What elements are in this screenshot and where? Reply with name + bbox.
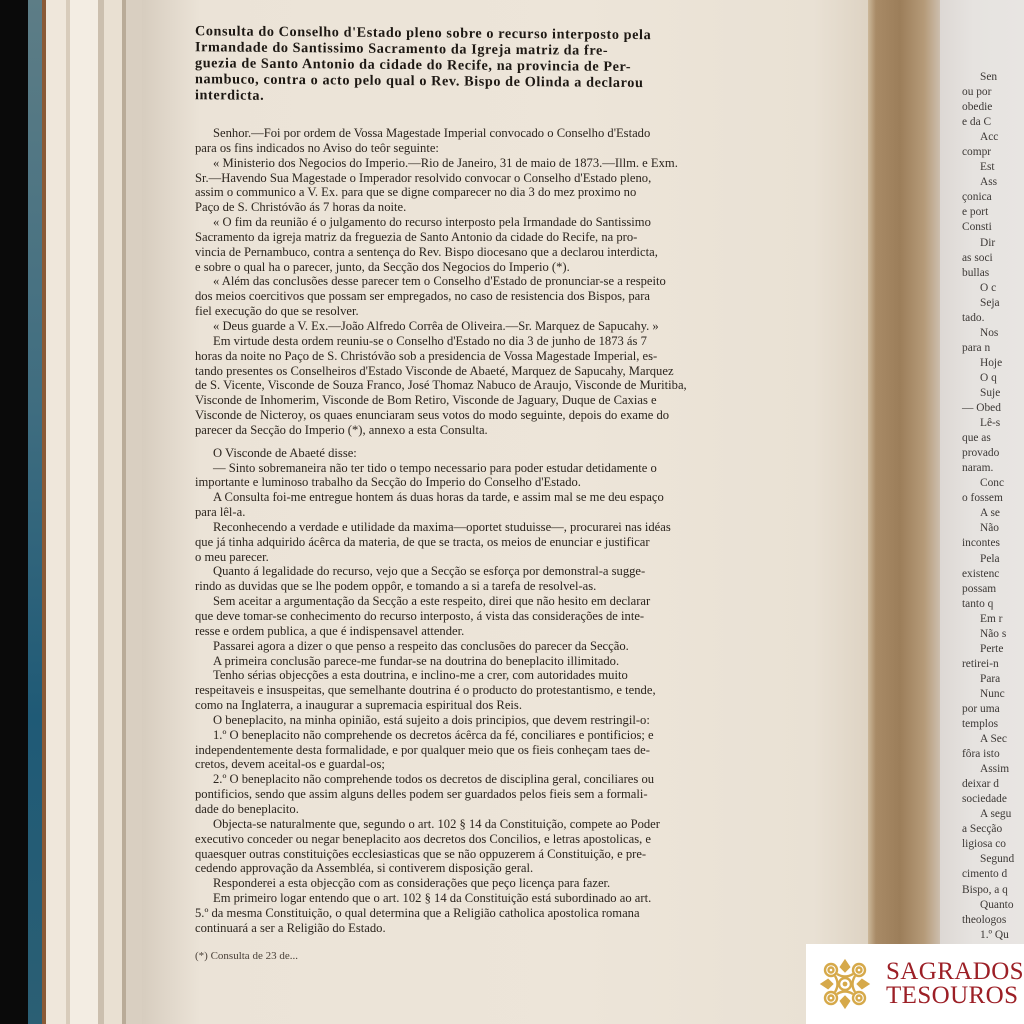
text-line: fiel execução do que se resolver. — [195, 304, 835, 319]
facing-page-line: o fossem — [962, 491, 1024, 506]
text-line: Passarei agora a dizer o que penso a res… — [195, 639, 835, 654]
text-line: que deve tomar-se conhecimento do recurs… — [195, 609, 835, 624]
facing-page-line: Seja — [962, 296, 1024, 311]
facing-page-line: Hoje — [962, 356, 1024, 371]
facing-page-line: existenc — [962, 567, 1024, 582]
text-line: parecer da Secção do Imperio (*), annexo… — [195, 423, 835, 438]
facing-page-line: Acc — [962, 130, 1024, 145]
facing-page-line: Conc — [962, 476, 1024, 491]
facing-page-line: Não s — [962, 627, 1024, 642]
text-line: « O fim da reunião é o julgamento do rec… — [195, 215, 835, 230]
text-line: Em primeiro logar entendo que o art. 102… — [195, 891, 835, 906]
text-line: continuará a ser a Religião do Estado. — [195, 921, 835, 936]
facing-page-line: Nunc — [962, 687, 1024, 702]
footnote: (*) Consulta de 23 de... — [195, 950, 835, 962]
text-line: de S. Vicente, Visconde de Souza Franco,… — [195, 378, 835, 393]
text-line: 5.º da mesma Constituição, o qual determ… — [195, 906, 835, 921]
facing-page-line: possam — [962, 582, 1024, 597]
text-line: cretos, devem aceital-os e guardal-os; — [195, 757, 835, 772]
facing-page-line: O q — [962, 371, 1024, 386]
brand-line-2: TESOUROS — [886, 984, 1024, 1008]
facing-page-line: A se — [962, 506, 1024, 521]
watermark-logo: SAGRADOS TESOUROS — [806, 944, 1024, 1024]
text-line: Em virtude desta ordem reuniu-se o Conse… — [195, 334, 835, 349]
text-line: e sobre o qual ha o parecer, junto, da S… — [195, 260, 835, 275]
facing-page-line: Suje — [962, 386, 1024, 401]
text-line: Sem aceitar a argumentação da Secção a e… — [195, 594, 835, 609]
text-line: como na Inglaterra, a inaugurar a suprem… — [195, 698, 835, 713]
facing-page-line: Consti — [962, 220, 1024, 235]
text-line: pontificios, sendo que assim alguns dell… — [195, 787, 835, 802]
text-line: A Consulta foi-me entregue hontem ás dua… — [195, 490, 835, 505]
text-line: A primeira conclusão parece-me fundar-se… — [195, 654, 835, 669]
text-line: Responderei a esta objecção com as consi… — [195, 876, 835, 891]
text-line: rindo as duvidas que se lhe podem oppôr,… — [195, 579, 835, 594]
text-line: vincia de Pernambuco, contra a sentença … — [195, 245, 835, 260]
facing-page-line: incontes — [962, 536, 1024, 551]
facing-page-line: — Obed — [962, 401, 1024, 416]
facing-page-line: Est — [962, 160, 1024, 175]
facing-page-text: Senou porobediee da CAcccomprEstAssçonic… — [962, 70, 1024, 943]
facing-page-line: Assim — [962, 762, 1024, 777]
document-heading: Consulta do Conselho d'Estado pleno sobr… — [195, 23, 835, 109]
text-line: dade do beneplacito. — [195, 802, 835, 817]
text-line: Sr.—Havendo Sua Magestade o Imperador re… — [195, 171, 835, 186]
text-line: Quanto á legalidade do recurso, vejo que… — [195, 564, 835, 579]
facing-page-line: fôra isto — [962, 747, 1024, 762]
brand-name: SAGRADOS TESOUROS — [886, 960, 1024, 1008]
facing-page-line: theologos — [962, 913, 1024, 928]
facing-page-line: que as — [962, 431, 1024, 446]
brand-line-1: SAGRADOS — [886, 960, 1024, 984]
document-text-column: Consulta do Conselho d'Estado pleno sobr… — [195, 26, 835, 962]
text-line: que já tinha adquirido ácêrca da materia… — [195, 535, 835, 550]
facing-page-line: Sen — [962, 70, 1024, 85]
facing-page-line: Bispo, a q — [962, 883, 1024, 898]
facing-page-line: Em r — [962, 612, 1024, 627]
text-line: Sacramento da igreja matriz da freguezia… — [195, 230, 835, 245]
text-line: Tenho sérias objecções a esta doutrina, … — [195, 668, 835, 683]
facing-page-line: ou por — [962, 85, 1024, 100]
facing-page-line: templos — [962, 717, 1024, 732]
facing-page-line: çonica — [962, 190, 1024, 205]
facing-page-line: Lê-s — [962, 416, 1024, 431]
text-line: Visconde de Inhomerim, Visconde de Bom R… — [195, 393, 835, 408]
text-line: « Ministerio dos Negocios do Imperio.—Ri… — [195, 156, 835, 171]
facing-page-line: O c — [962, 281, 1024, 296]
facing-page-line: e da C — [962, 115, 1024, 130]
facing-page-line: provado — [962, 446, 1024, 461]
text-line: executivo conceder ou negar beneplacito … — [195, 832, 835, 847]
facing-page-line: compr — [962, 145, 1024, 160]
facing-page-line: 1.º Qu — [962, 928, 1024, 943]
text-line: Senhor.—Foi por ordem de Vossa Magestade… — [195, 126, 835, 141]
book-gutter — [868, 0, 948, 1024]
facing-page-line: Ass — [962, 175, 1024, 190]
text-line: « Além das conclusões desse parecer tem … — [195, 274, 835, 289]
facing-page-line: a Secção — [962, 822, 1024, 837]
facing-page-line: Quanto — [962, 898, 1024, 913]
text-line: para lêl-a. — [195, 505, 835, 520]
facing-page-line: Perte — [962, 642, 1024, 657]
facing-page-line: por uma — [962, 702, 1024, 717]
facing-page-line: deixar d — [962, 777, 1024, 792]
facing-page-line: bullas — [962, 266, 1024, 281]
text-line: o meu parecer. — [195, 550, 835, 565]
text-line: horas da noite no Paço de S. Christóvão … — [195, 349, 835, 364]
facing-page-line: Segund — [962, 852, 1024, 867]
facing-page-line: Dir — [962, 236, 1024, 251]
facing-page-line: A segu — [962, 807, 1024, 822]
paragraph-gap — [195, 438, 835, 446]
text-line: importante e luminoso trabalho da Secção… — [195, 475, 835, 490]
facing-page-line: tado. — [962, 311, 1024, 326]
text-line: para os fins indicados no Aviso do teôr … — [195, 141, 835, 156]
facing-page-line: Nos — [962, 326, 1024, 341]
text-line: O beneplacito, na minha opinião, está su… — [195, 713, 835, 728]
text-line: Reconhecendo a verdade e utilidade da ma… — [195, 520, 835, 535]
facing-page-line: Pela — [962, 552, 1024, 567]
text-line: quaesquer outras constituições ecclesias… — [195, 847, 835, 862]
facing-page-line: naram. — [962, 461, 1024, 476]
text-line: « Deus guarde a V. Ex.—João Alfredo Corr… — [195, 319, 835, 334]
text-line: Paço de S. Christóvão ás 7 horas da noit… — [195, 200, 835, 215]
text-line: resse e ordem publica, a que é indispens… — [195, 624, 835, 639]
text-line: respeitaveis e insuspeitas, que semelhan… — [195, 683, 835, 698]
text-line: Objecta-se naturalmente que, segundo o a… — [195, 817, 835, 832]
facing-page-line: para n — [962, 341, 1024, 356]
text-line: O Visconde de Abaeté disse: — [195, 446, 835, 461]
text-line: Visconde de Nicteroy, os quaes enunciara… — [195, 408, 835, 423]
facing-page-line: tanto q — [962, 597, 1024, 612]
text-line: dos meios coercitivos que possam ser emp… — [195, 289, 835, 304]
book-cover-blue-spine — [28, 0, 42, 1024]
text-line: — Sinto sobremaneira não ter tido o temp… — [195, 461, 835, 476]
facing-page-line: e port — [962, 205, 1024, 220]
text-line: tando presentes os Conselheiros d'Estado… — [195, 364, 835, 379]
text-line: 1.º O beneplacito não comprehende os dec… — [195, 728, 835, 743]
facing-page-line: Para — [962, 672, 1024, 687]
document-body: Senhor.—Foi por ordem de Vossa Magestade… — [195, 126, 835, 936]
page-stack-edges — [42, 0, 142, 1024]
facing-page-line: as soci — [962, 251, 1024, 266]
facing-page-line: sociedade — [962, 792, 1024, 807]
text-line: independentemente desta formalidade, e p… — [195, 743, 835, 758]
facing-page-line: retirei-n — [962, 657, 1024, 672]
facing-page-line: cimento d — [962, 867, 1024, 882]
facing-page-line: Não — [962, 521, 1024, 536]
text-line: assim o communico a V. Ex. para que se d… — [195, 185, 835, 200]
facing-page-line: A Sec — [962, 732, 1024, 747]
facing-page-line: obedie — [962, 100, 1024, 115]
ornament-icon — [818, 957, 872, 1011]
text-line: 2.º O beneplacito não comprehende todos … — [195, 772, 835, 787]
text-line: cedendo approvação da Assembléa, si cont… — [195, 861, 835, 876]
facing-page-line: ligiosa co — [962, 837, 1024, 852]
